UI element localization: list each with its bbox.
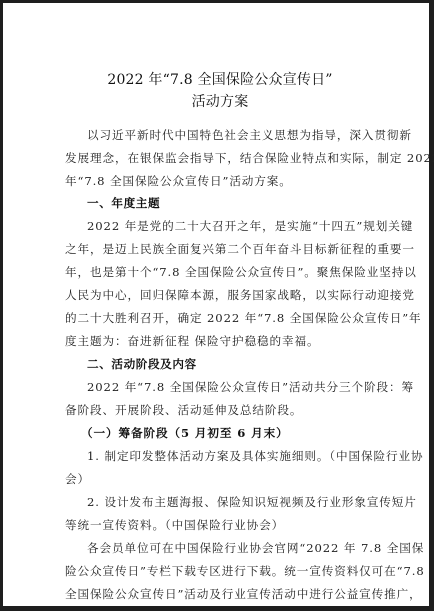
- paragraph-line: 全国保险公众宣传日”活动及行业宣传活动中进行公益宣传推广，: [65, 587, 371, 601]
- intro-line: 发展理念，在银保监会指导下，结合保险业特点和实际，制定 2022: [65, 151, 371, 165]
- paragraph-line: 度主题为：奋进新征程 保险守护稳稳的幸福。: [65, 334, 371, 348]
- subsection-heading-preparation: （一）筹备阶段（5 月初至 6 月末）: [81, 426, 365, 440]
- paragraph-line: 的二十大胜利召开，确定 2022 年“7.8 全国保险公众宣传日”年: [65, 311, 371, 325]
- paragraph-line: 2022 年是党的二十大召开之年，是实施“十四五”规划关键: [87, 219, 371, 233]
- document-subtitle: 活动方案: [3, 91, 434, 111]
- list-item-line: 会）: [65, 472, 371, 486]
- paragraph-line: 备阶段、开展阶段、活动延伸及总结阶段。: [65, 403, 371, 417]
- paragraph-line: 2022 年“7.8 全国保险公众宣传日”活动共分三个阶段：筹: [87, 380, 371, 394]
- section-heading-phases: 二、活动阶段及内容: [87, 357, 371, 371]
- intro-line: 年“7.8 全国保险公众宣传日”活动方案。: [65, 174, 371, 188]
- paragraph-line: 人民为中心，回归保障本源，服务国家战略，以实际行动迎接党: [65, 288, 371, 302]
- intro-line: 以习近平新时代中国特色社会主义思想为指导，深入贯彻新: [87, 128, 371, 142]
- list-item-line: 等统一宣传资料。（中国保险行业协会）: [65, 518, 371, 532]
- list-item-line: 1. 制定印发整体活动方案及具体实施细则。（中国保险行业协: [87, 449, 371, 463]
- section-heading-annual-theme: 一、年度主题: [87, 196, 371, 210]
- paragraph-line: 年，也是第十个“7.8 全国保险公众宣传日”。聚焦保险业坚持以: [65, 265, 371, 279]
- paragraph-line: 险公众宣传日”专栏下载专区进行下载。统一宣传资料仅可在“7.8: [65, 564, 371, 578]
- paragraph-line: 之年，是迈上民族全面复兴第二个百年奋斗目标新征程的重要一: [65, 242, 371, 256]
- document-page: 2022 年“7.8 全国保险公众宣传日” 活动方案 以习近平新时代中国特色社会…: [3, 3, 431, 606]
- paragraph-line: 各会员单位可在中国保险行业协会官网“2022 年 7.8 全国保: [87, 541, 371, 555]
- list-item-line: 2. 设计发布主题海报、保险知识短视频及行业形象宣传短片: [87, 495, 371, 509]
- document-title: 2022 年“7.8 全国保险公众宣传日”: [3, 69, 434, 89]
